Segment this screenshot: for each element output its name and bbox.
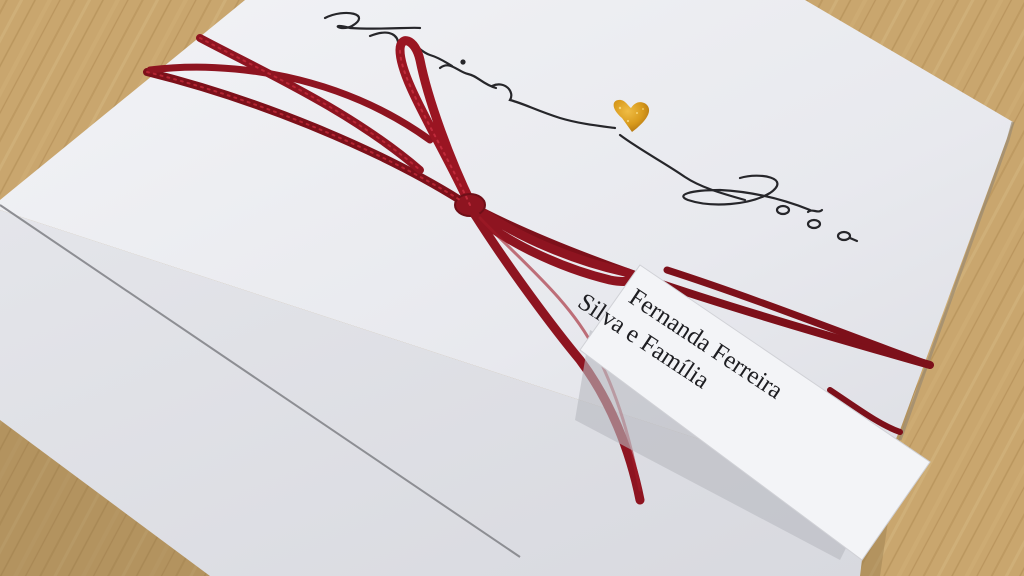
invitation-photo bbox=[0, 0, 1024, 576]
